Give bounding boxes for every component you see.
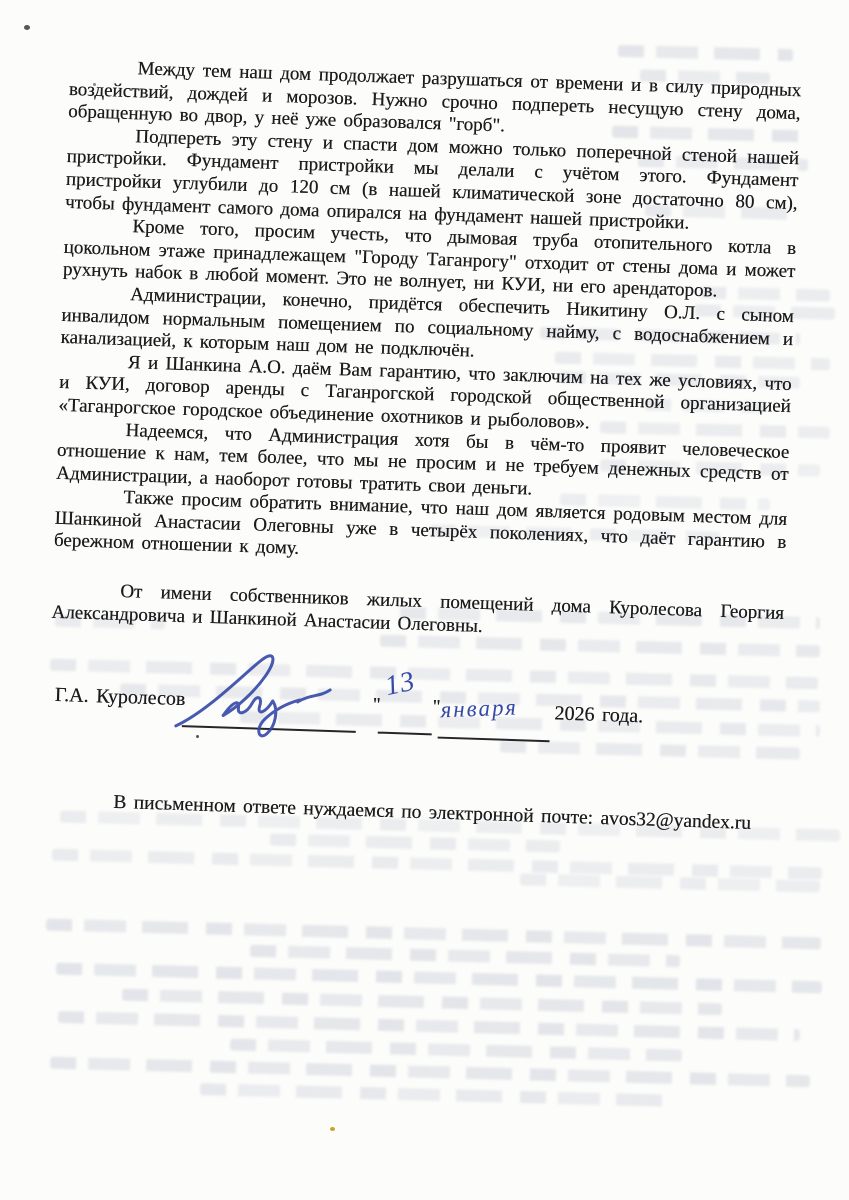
open-quote: " [372, 695, 381, 718]
bleed-through-line [618, 45, 793, 61]
letter-body: Между тем наш дом продолжает разрушаться… [45, 56, 802, 837]
day-line [378, 732, 432, 736]
handwritten-month: января [440, 697, 518, 722]
bleed-through-line [250, 945, 680, 968]
scan-speck [24, 25, 30, 30]
handwritten-day: 13 [383, 671, 417, 699]
signature-block: Г.А. Куролесов " 13 " января 2026 года. [47, 658, 782, 770]
handwritten-signature [165, 646, 388, 753]
bleed-through-line [58, 1011, 800, 1041]
year-text: 2026 года. [554, 703, 643, 729]
scan-speck [330, 1127, 335, 1131]
bleed-through-line [270, 833, 560, 852]
month-line [438, 737, 550, 743]
bleed-through-line [520, 873, 820, 892]
bleed-through-line [50, 1057, 810, 1088]
bleed-through-line [56, 963, 822, 994]
bleed-through-line [122, 989, 722, 1016]
reply-note: В письменном ответе нуждаемся по электро… [45, 790, 777, 837]
scanned-letter-page: Между тем наш дом продолжает разрушаться… [0, 0, 849, 1200]
bleed-through-line [200, 1083, 680, 1107]
bleed-through-line [52, 849, 822, 880]
bleed-through-line [230, 1038, 682, 1061]
closing-paragraph: От имени собственников жилых помещений д… [51, 579, 784, 648]
bleed-through-line [46, 919, 821, 950]
